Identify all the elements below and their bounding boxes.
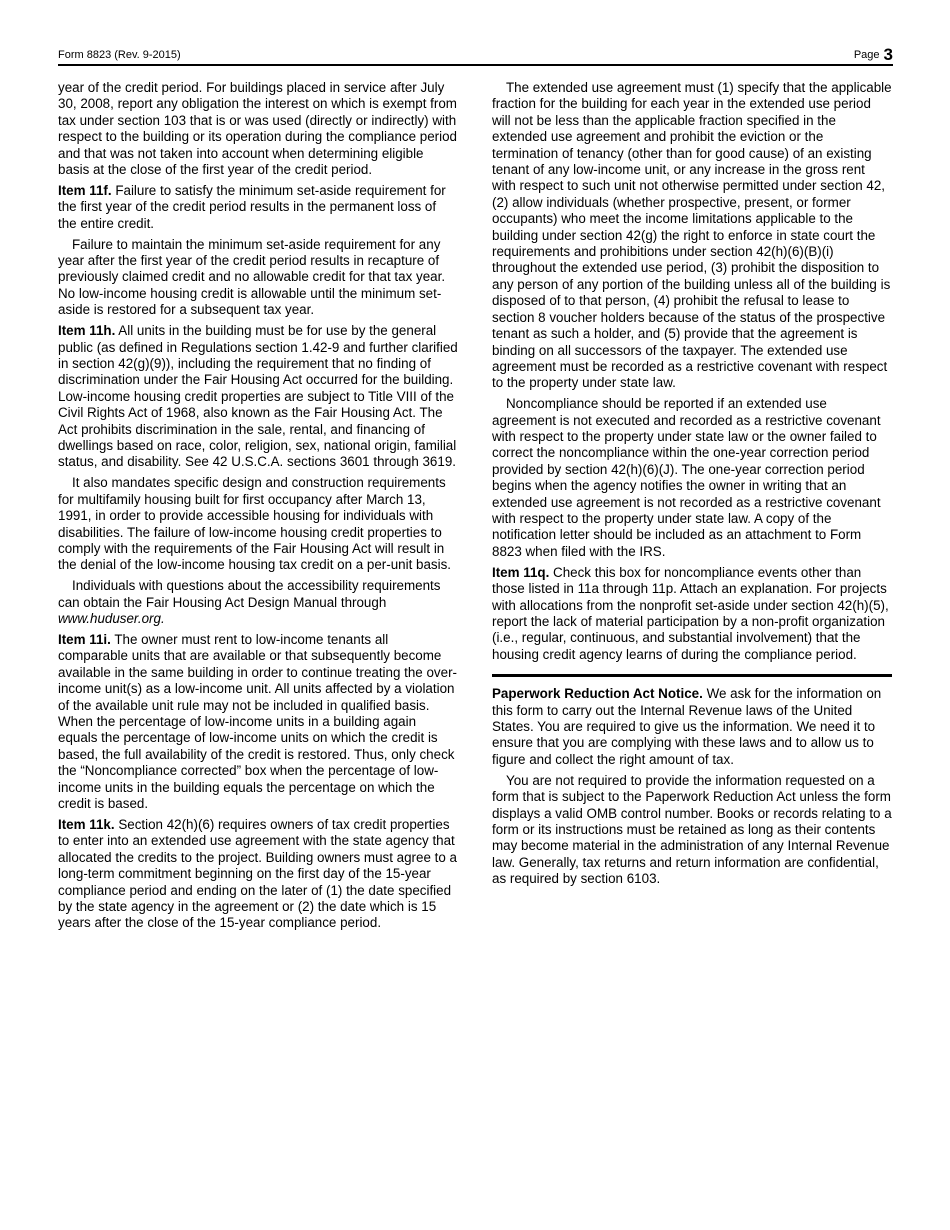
item-label: Item 11f. <box>58 183 112 198</box>
item-label: Item 11k. <box>58 817 115 832</box>
paragraph-text: Individuals with questions about the acc… <box>58 578 440 609</box>
form-id: Form 8823 (Rev. 9-2015) <box>58 49 181 61</box>
paragraph: The extended use agreement must (1) spec… <box>492 80 892 392</box>
paragraph: Item 11h. All units in the building must… <box>58 323 458 471</box>
paragraph-text: All units in the building must be for us… <box>58 323 458 469</box>
paragraph: year of the credit period. For buildings… <box>58 80 458 178</box>
website-reference: www.huduser.org. <box>58 611 165 626</box>
paragraph: It also mandates specific design and con… <box>58 475 458 573</box>
page-indicator: Page 3 <box>854 48 893 61</box>
paragraph-text: Failure to maintain the minimum set-asid… <box>58 237 445 318</box>
paragraph: Noncompliance should be reported if an e… <box>492 396 892 560</box>
item-label: Item 11h. <box>58 323 115 338</box>
item-label: Item 11i. <box>58 632 111 647</box>
right-column: The extended use agreement must (1) spec… <box>492 80 892 936</box>
paragraph-text: Failure to satisfy the minimum set-aside… <box>58 183 446 231</box>
paragraph-text: It also mandates specific design and con… <box>58 475 451 572</box>
paragraph: Failure to maintain the minimum set-asid… <box>58 237 458 319</box>
document-page: Form 8823 (Rev. 9-2015) Page 3 year of t… <box>0 0 950 1230</box>
page-header: Form 8823 (Rev. 9-2015) Page 3 <box>58 48 893 64</box>
page-number: 3 <box>884 48 893 61</box>
paragraph-text: The owner must rent to low-income tenant… <box>58 632 457 811</box>
item-label: Item 11q. <box>492 565 549 580</box>
section-divider <box>492 674 892 677</box>
paragraph-text: year of the credit period. For buildings… <box>58 80 457 177</box>
paragraph-text: Section 42(h)(6) requires owners of tax … <box>58 817 457 930</box>
paragraph: Paperwork Reduction Act Notice. We ask f… <box>492 686 892 768</box>
paragraph: Item 11i. The owner must rent to low-inc… <box>58 632 458 812</box>
header-rule <box>58 64 893 66</box>
paragraph: Item 11k. Section 42(h)(6) requires owne… <box>58 817 458 932</box>
paragraph-text: Check this box for noncompliance events … <box>492 565 889 662</box>
paragraph: Individuals with questions about the acc… <box>58 578 458 627</box>
paragraph: You are not required to provide the info… <box>492 773 892 888</box>
paragraph: Item 11q. Check this box for noncomplian… <box>492 565 892 663</box>
body-columns: year of the credit period. For buildings… <box>58 80 893 936</box>
paragraph: Item 11f. Failure to satisfy the minimum… <box>58 183 458 232</box>
paragraph-text: Noncompliance should be reported if an e… <box>492 396 881 559</box>
paragraph-text: The extended use agreement must (1) spec… <box>492 80 892 390</box>
left-column: year of the credit period. For buildings… <box>58 80 458 936</box>
notice-title: Paperwork Reduction Act Notice. <box>492 686 703 701</box>
page-label: Page <box>854 49 880 61</box>
paragraph-text: You are not required to provide the info… <box>492 773 892 886</box>
